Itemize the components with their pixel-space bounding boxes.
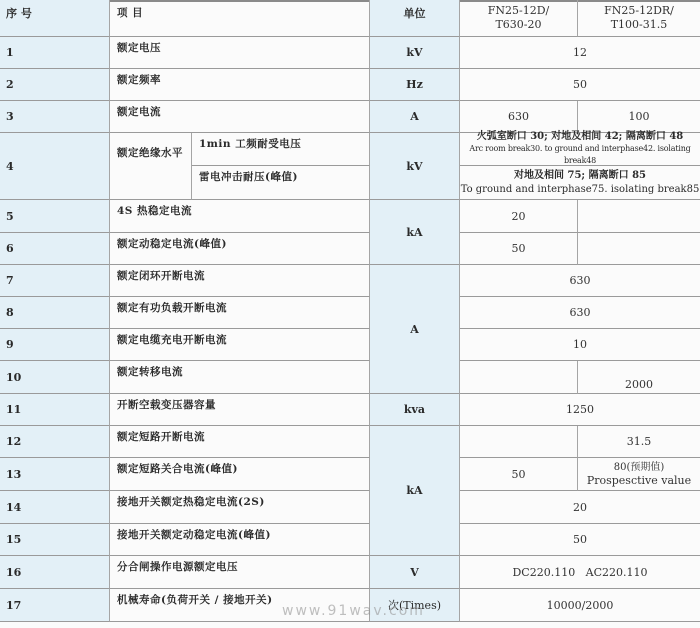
row-no: 14: [0, 491, 110, 524]
row-value-1: 50: [460, 233, 578, 265]
row-subitem-2: 雷电冲击耐压(峰值): [192, 166, 370, 200]
row-item: 额定闭环开断电流: [110, 265, 370, 297]
row-value-2: 80(预期值) Prospesctive value: [578, 458, 700, 491]
header-model-2-line2: T100-31.5: [611, 18, 668, 32]
row-value: 50: [460, 69, 700, 101]
row-no: 10: [0, 361, 110, 394]
spec-table: 序 号 项 目 单位 FN25-12D/ T630-20 FN25-12DR/ …: [0, 0, 700, 622]
row-value-2: [578, 200, 700, 233]
insulation-1-en: Arc room break30. to ground and interpha…: [460, 143, 700, 167]
header-model-1-line2: T630-20: [495, 18, 541, 32]
header-model-2-line1: FN25-12DR/: [604, 4, 674, 18]
row-item: 开断空载变压器容量: [110, 394, 370, 426]
insulation-1-cn: 火弧室断口 30; 对地及相间 42; 隔离断口 48: [477, 131, 684, 143]
row-no: 16: [0, 556, 110, 589]
row-item: 额定动稳定电流(峰值): [110, 233, 370, 265]
row-value: 1250: [460, 394, 700, 426]
row-no: 1: [0, 37, 110, 69]
row-no: 4: [0, 133, 110, 200]
row-item: 分合闸操作电源额定电压: [110, 556, 370, 589]
row-value-1: 50: [460, 458, 578, 491]
row-no: 6: [0, 233, 110, 265]
row-value-1: 630: [460, 101, 578, 133]
row-value-1: 20: [460, 200, 578, 233]
row-value: 20: [460, 491, 700, 524]
merged-unit-ka: kA: [370, 200, 460, 265]
merged-unit-ka-2: kA: [370, 426, 460, 556]
row-item: 额定短路开断电流: [110, 426, 370, 458]
insulation-2-en: To ground and interphase75. isolating br…: [461, 183, 700, 197]
row-value: 630: [460, 297, 700, 329]
row-no: 5: [0, 200, 110, 233]
row-no: 7: [0, 265, 110, 297]
row-value-2: 31.5: [578, 426, 700, 458]
row-item: 额定电压: [110, 37, 370, 69]
row-item: 额定电流: [110, 101, 370, 133]
row-unit: V: [370, 556, 460, 589]
row-value-insulation-1: 火弧室断口 30; 对地及相间 42; 隔离断口 48 Arc room bre…: [460, 133, 700, 166]
row-value: 630: [460, 265, 700, 297]
row-value: 10000/2000: [460, 589, 700, 622]
row-no: 3: [0, 101, 110, 133]
row-value: 10: [460, 329, 700, 361]
row-item: 额定电缆充电开断电流: [110, 329, 370, 361]
row-value: 50: [460, 524, 700, 556]
row-no: 15: [0, 524, 110, 556]
row-no: 12: [0, 426, 110, 458]
prospective-en: Prospesctive value: [587, 474, 691, 487]
row-unit: kva: [370, 394, 460, 426]
watermark: www.91wav.com: [282, 603, 425, 619]
row-value-insulation-2: 对地及相间 75; 隔离断口 85 To ground and interpha…: [460, 166, 700, 200]
row-no: 8: [0, 297, 110, 329]
row-no: 9: [0, 329, 110, 361]
row-no: 2: [0, 69, 110, 101]
header-model-1: FN25-12D/ T630-20: [460, 0, 578, 37]
row-value-2: 100: [578, 101, 700, 133]
row-value: 12: [460, 37, 700, 69]
row-item: 4S 热稳定电流: [110, 200, 370, 233]
header-model-2: FN25-12DR/ T100-31.5: [578, 0, 700, 37]
header-item: 项 目: [110, 0, 370, 37]
row-item: 额定绝缘水平: [110, 133, 192, 200]
row-value-1: [460, 361, 578, 394]
row-value: DC220.110 AC220.110: [460, 556, 700, 589]
row-subitem-1: 1min 工频耐受电压: [192, 133, 370, 166]
row-value-2: 2000: [578, 361, 700, 394]
insulation-2-cn: 对地及相间 75; 隔离断口 85: [514, 169, 646, 183]
header-model-1-line1: FN25-12D/: [488, 4, 550, 18]
row-item: 接地开关额定动稳定电流(峰值): [110, 524, 370, 556]
row-unit: Hz: [370, 69, 460, 101]
row-no: 11: [0, 394, 110, 426]
header-no: 序 号: [0, 0, 110, 37]
prospective-cn: 80(预期值): [614, 461, 665, 474]
row-item: 额定短路关合电流(峰值): [110, 458, 370, 491]
row-unit: kV: [370, 133, 460, 200]
row-item: 额定频率: [110, 69, 370, 101]
header-unit: 单位: [370, 0, 460, 37]
row-unit: kV: [370, 37, 460, 69]
row-value-2: [578, 233, 700, 265]
row-item: 额定有功负载开断电流: [110, 297, 370, 329]
row-no: 17: [0, 589, 110, 622]
row-item: 额定转移电流: [110, 361, 370, 394]
row-value-1: [460, 426, 578, 458]
merged-unit-a: A: [370, 265, 460, 394]
row-no: 13: [0, 458, 110, 491]
row-unit: A: [370, 101, 460, 133]
row-item: 接地开关额定热稳定电流(2S): [110, 491, 370, 524]
